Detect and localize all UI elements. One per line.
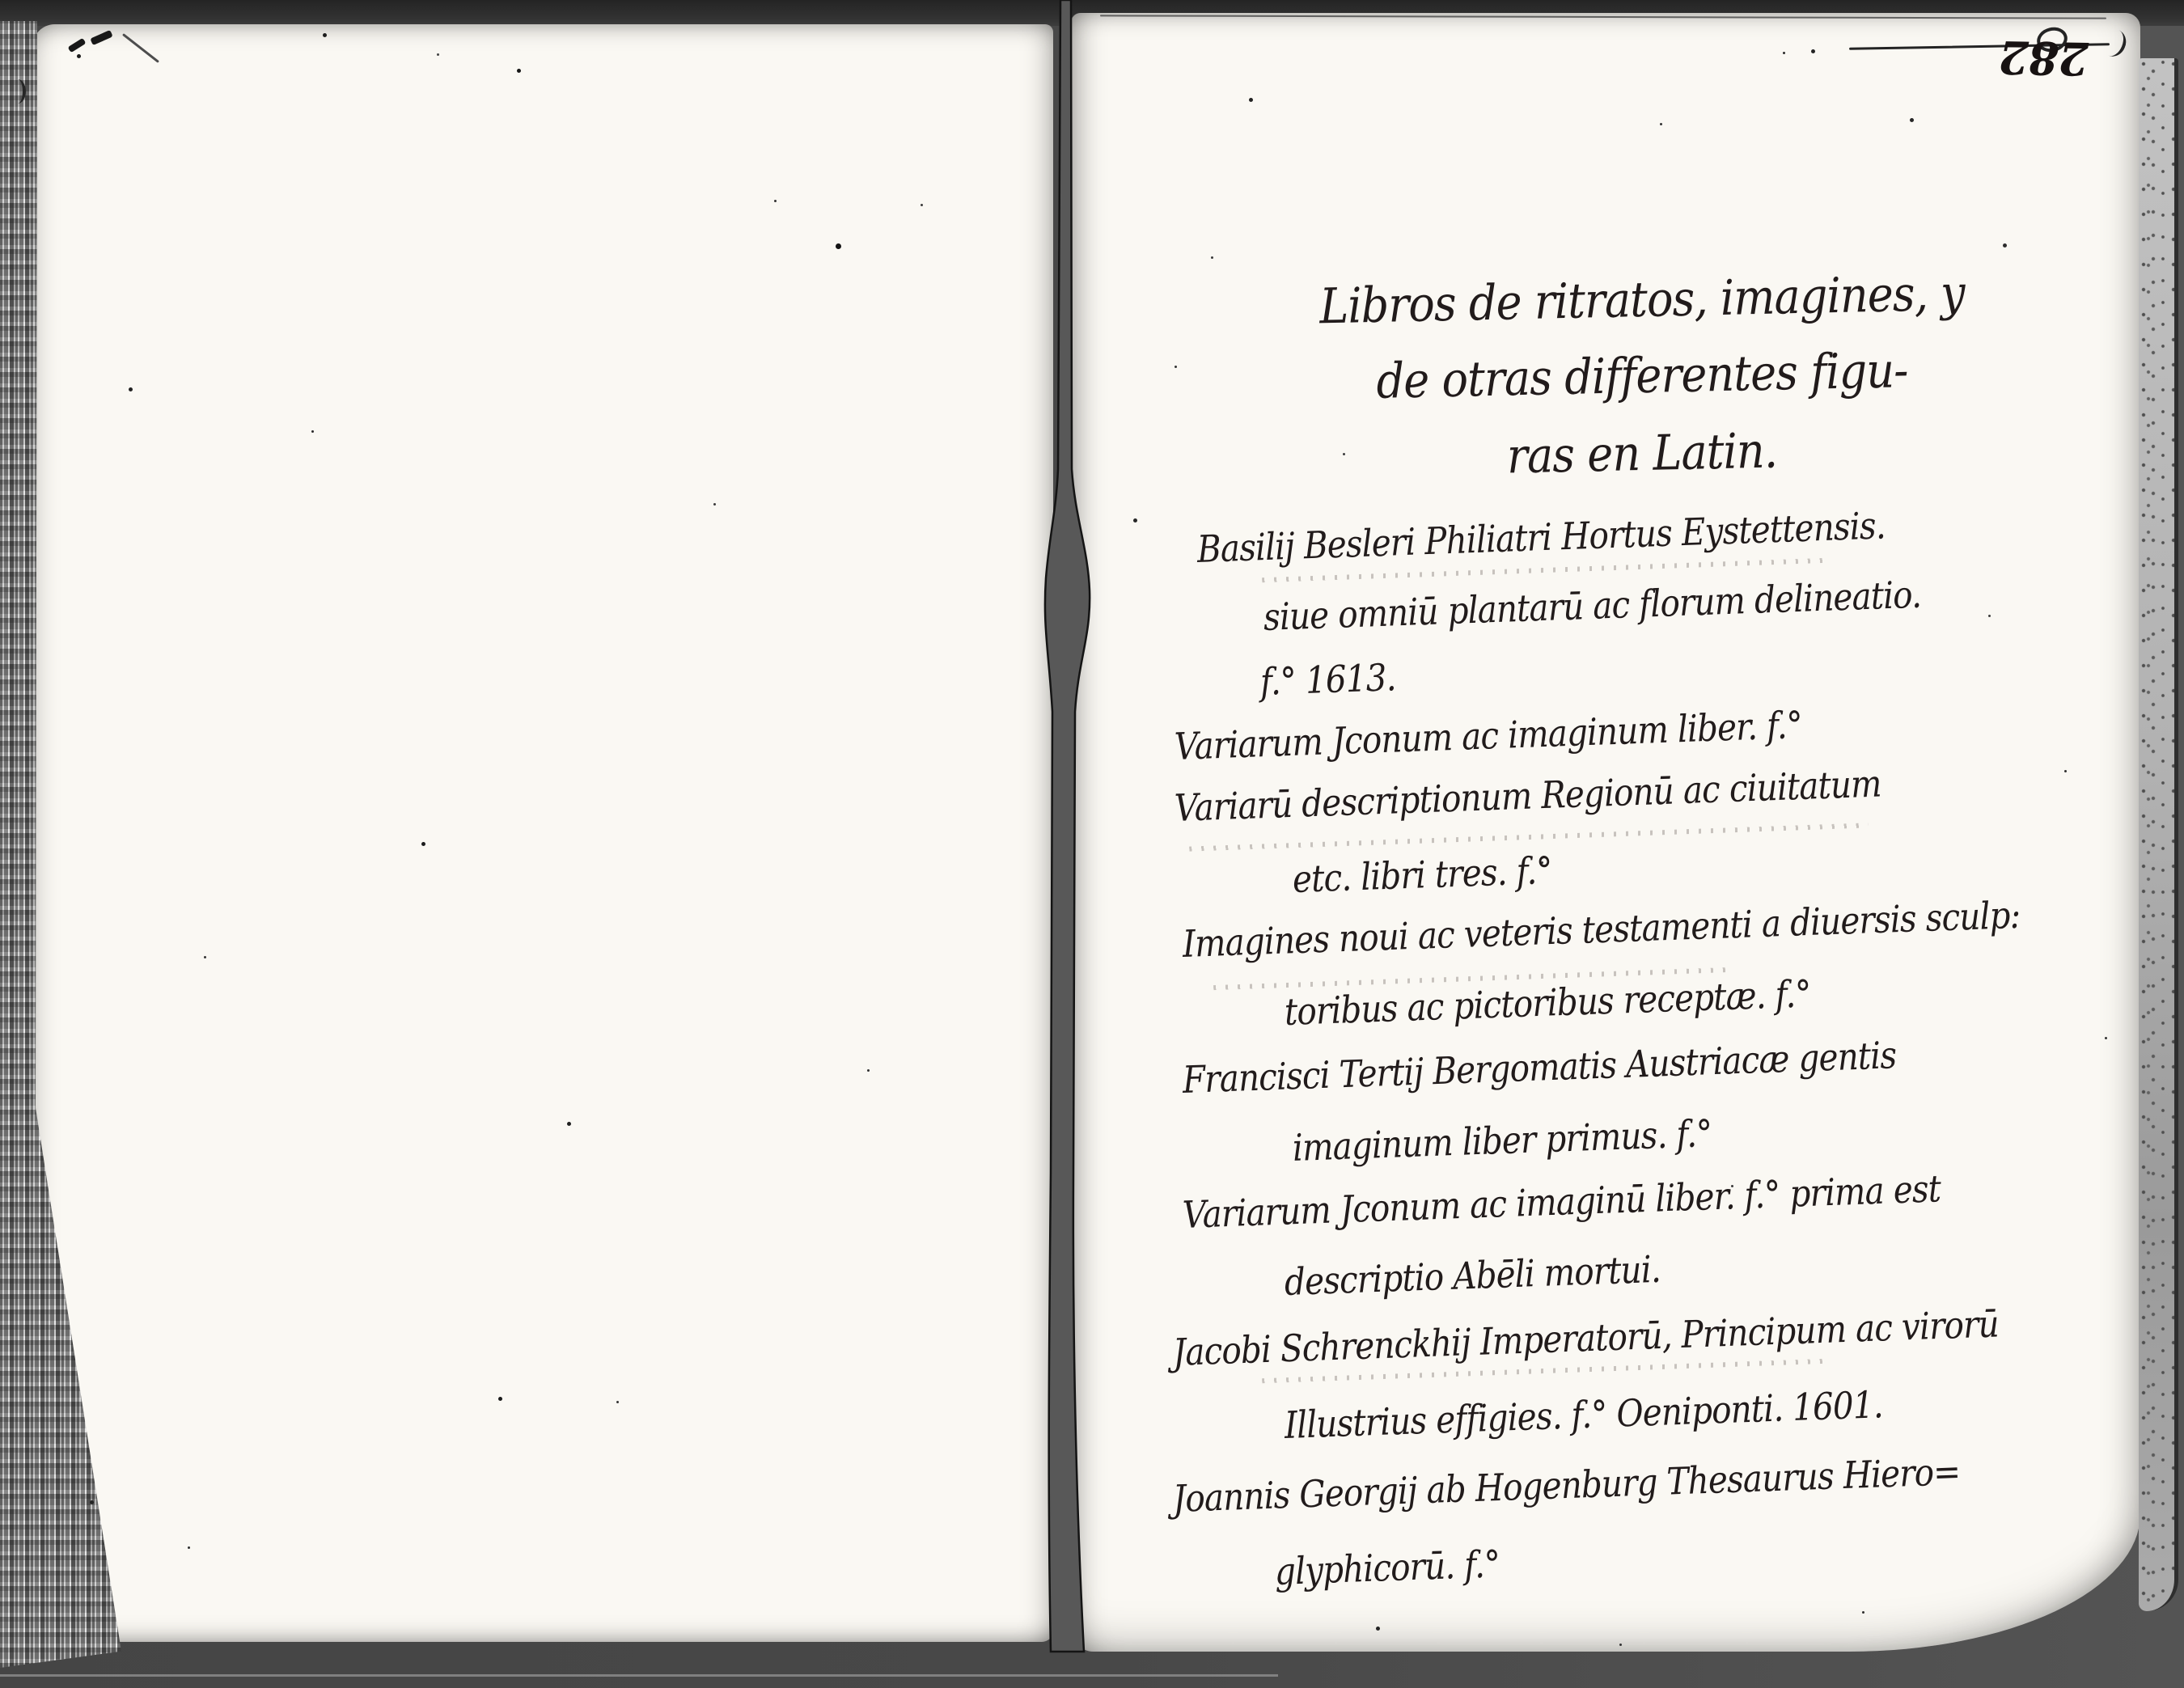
gutter-shadow: [0, 0, 2184, 1688]
ink-mark: [10, 79, 26, 104]
page-edge-strip-right: [2139, 58, 2178, 1611]
catalog-entry-line: f.° 1613.: [1259, 655, 1396, 704]
dust-specks-right: [0, 0, 2, 2]
folio-number: 282: [1998, 30, 2089, 85]
manuscript-scan: 282 Libros de ritratos, imagines, y de o…: [0, 0, 2184, 1688]
scanner-artifact-line: [0, 1674, 1278, 1677]
catalog-entry-line: etc. libri tres. f.°: [1292, 848, 1552, 901]
catalog-entry-line: glyphicorū. f.°: [1274, 1542, 1500, 1593]
